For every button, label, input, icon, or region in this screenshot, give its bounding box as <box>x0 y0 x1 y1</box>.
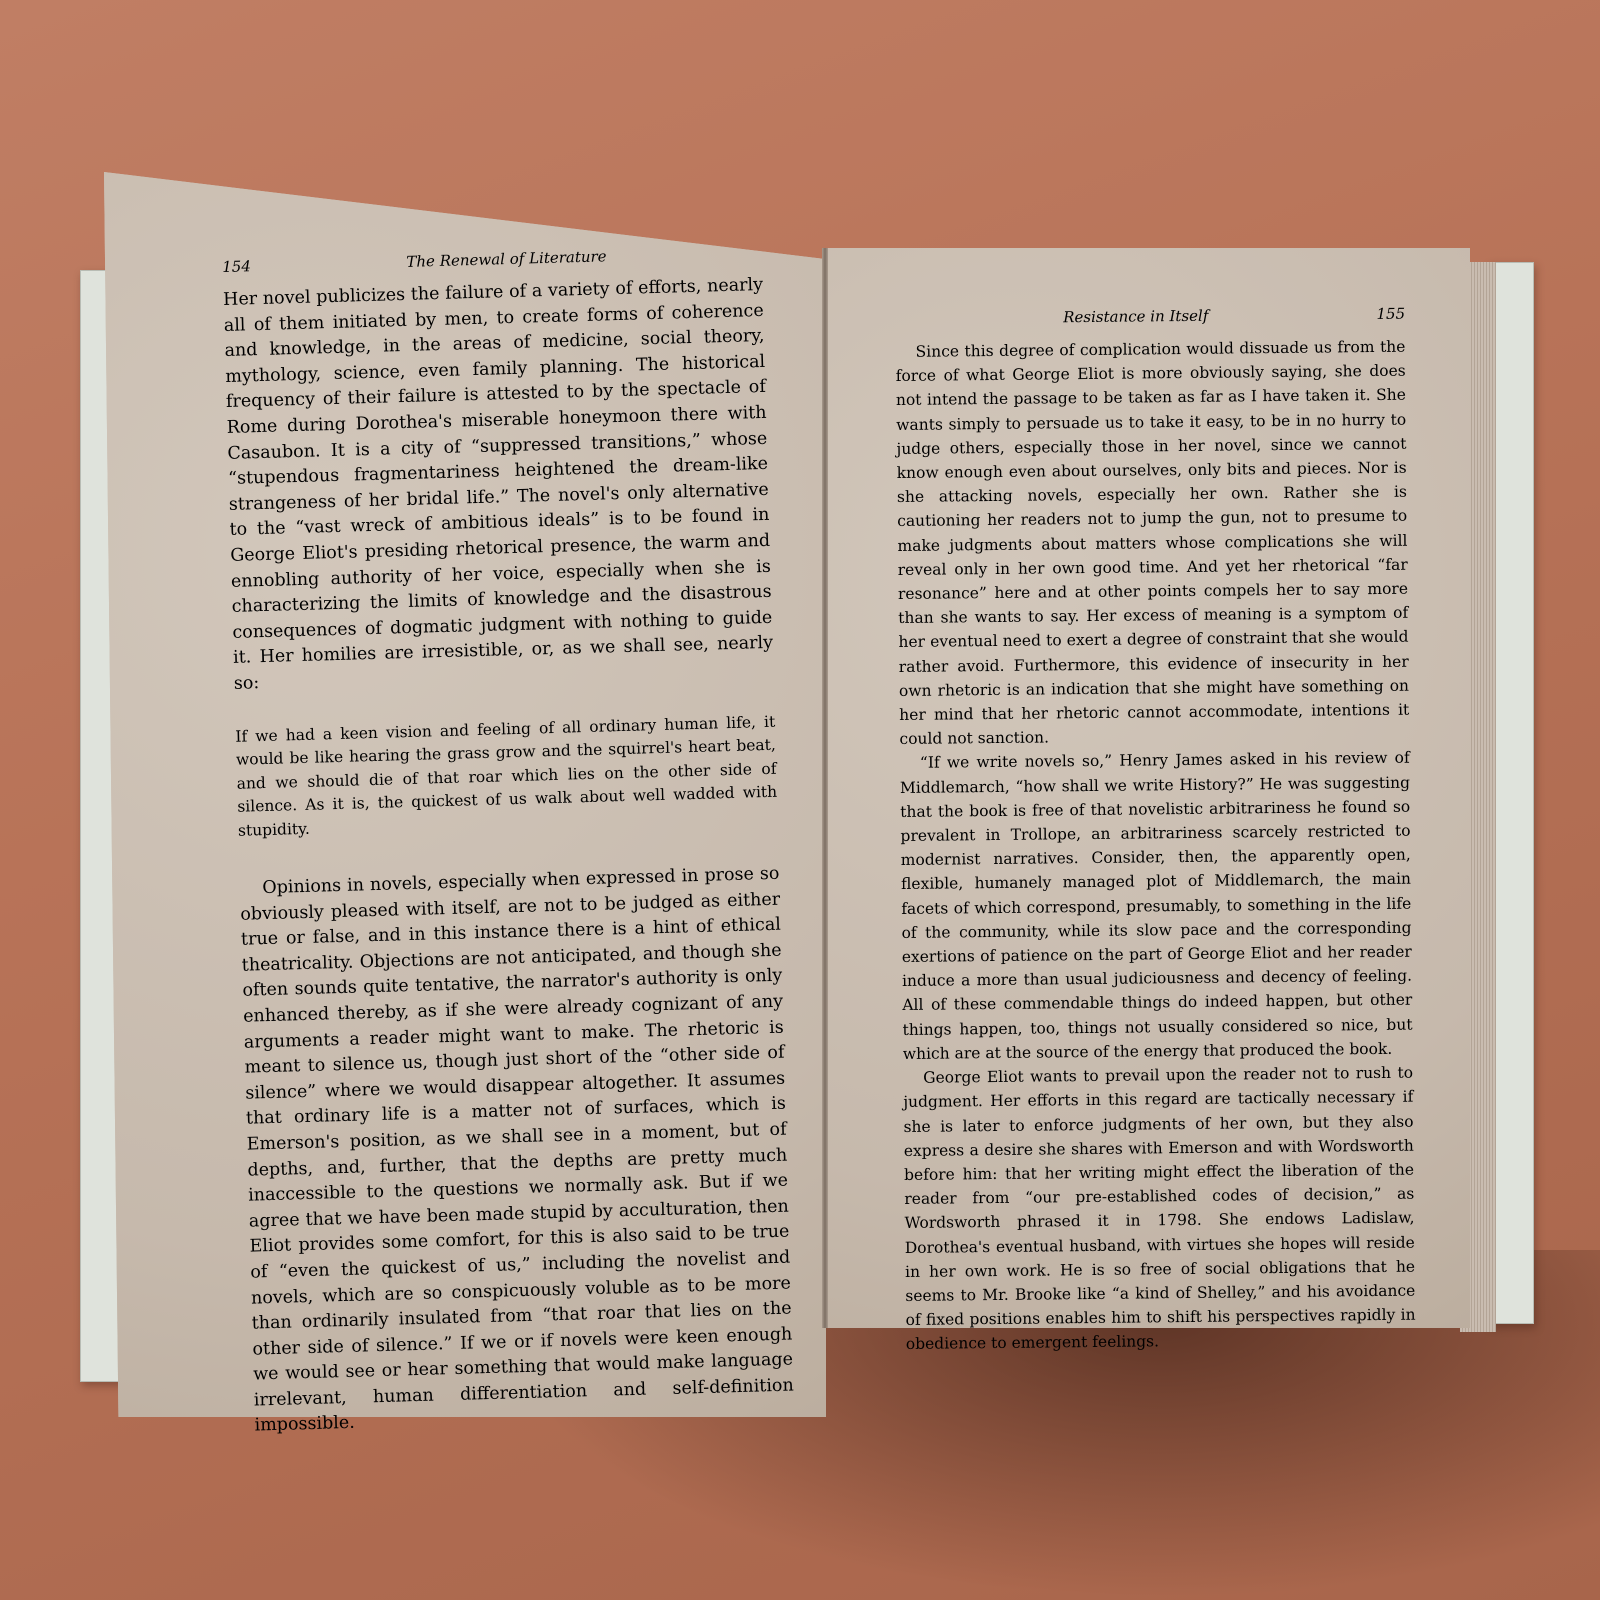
paragraph: Opinions in novels, especially when expr… <box>239 862 795 1440</box>
paragraph: George Eliot wants to prevail upon the r… <box>903 1061 1416 1357</box>
page-number: 154 <box>222 257 251 276</box>
block-quote: If we had a keen vision and feeling of a… <box>235 710 778 843</box>
running-head-title: Resistance in Itself <box>895 305 1377 328</box>
book-gutter <box>822 248 828 1328</box>
paragraph: Her novel publicizes the failure of a va… <box>223 273 774 697</box>
right-page-content: Resistance in Itself 155 Since this degr… <box>895 305 1416 1357</box>
left-page-content: 154 The Renewal of Literature Her novel … <box>222 243 795 1440</box>
paragraph: Since this degree of complication would … <box>895 335 1409 752</box>
page-number: 155 <box>1376 305 1405 323</box>
paragraph: “If we write novels so,” Henry James ask… <box>900 746 1413 1066</box>
